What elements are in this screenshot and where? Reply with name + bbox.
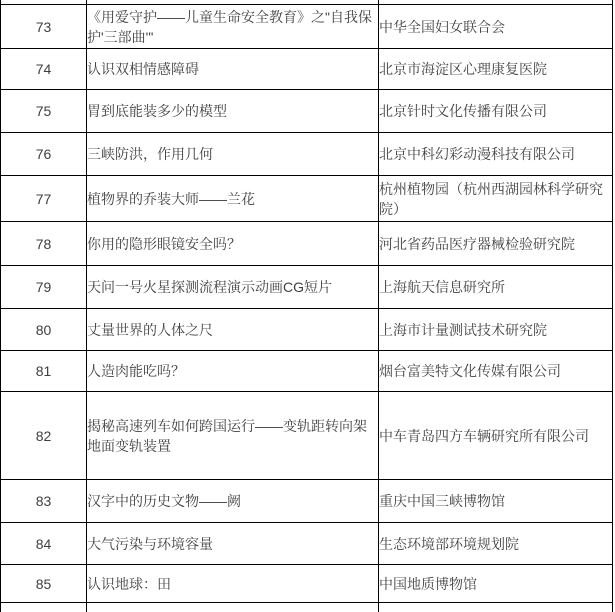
table-row: 74 认识双相情感障碍 北京市海淀区心理康复医院 xyxy=(1,49,613,90)
organization-cell: 北京中科幻彩动漫科技有限公司 xyxy=(379,133,613,176)
empty-cell xyxy=(87,603,379,612)
organization-cell: 中国地质博物馆 xyxy=(379,565,613,603)
row-number-cell: 82 xyxy=(1,392,87,480)
organization-cell: 上海航天信息研究所 xyxy=(379,266,613,309)
title-cell: 丈量世界的人体之尺 xyxy=(87,309,379,351)
row-number-cell: 75 xyxy=(1,90,87,133)
title-cell: 天问一号火星探测流程演示动画CG短片 xyxy=(87,266,379,309)
table-row: 75 胃到底能装多少的模型 北京针时文化传播有限公司 xyxy=(1,90,613,133)
title-cell: 植物界的乔装大师——兰花 xyxy=(87,176,379,222)
title-cell: 认识双相情感障碍 xyxy=(87,49,379,90)
table-row: 78 你用的隐形眼镜安全吗？ 河北省药品医疗器械检验研究院 xyxy=(1,222,613,266)
organization-cell: 生态环境部环境规划院 xyxy=(379,523,613,565)
title-cell: 大气污染与环境容量 xyxy=(87,523,379,565)
row-number-cell: 79 xyxy=(1,266,87,309)
table-row: 73 《用爱守护——儿童生命安全教育》之"自我保护'三部曲'" 中华全国妇女联合… xyxy=(1,5,613,49)
title-cell: 你用的隐形眼镜安全吗？ xyxy=(87,222,379,266)
empty-cell xyxy=(379,603,613,612)
table-row: 76 三峡防洪，作用几何 北京中科幻彩动漫科技有限公司 xyxy=(1,133,613,176)
table-row: 77 植物界的乔装大师——兰花 杭州植物园（杭州西湖园林科学研究院） xyxy=(1,176,613,222)
title-cell: 人造肉能吃吗？ xyxy=(87,351,379,392)
partial-row-bottom xyxy=(1,603,613,612)
table-row: 85 认识地球：田 中国地质博物馆 xyxy=(1,565,613,603)
table-row: 80 丈量世界的人体之尺 上海市计量测试技术研究院 xyxy=(1,309,613,351)
row-number-cell: 83 xyxy=(1,480,87,523)
table-row: 81 人造肉能吃吗？ 烟台富美特文化传媒有限公司 xyxy=(1,351,613,392)
awards-table: 73 《用爱守护——儿童生命安全教育》之"自我保护'三部曲'" 中华全国妇女联合… xyxy=(0,0,613,612)
row-number-cell: 77 xyxy=(1,176,87,222)
organization-cell: 北京针时文化传播有限公司 xyxy=(379,90,613,133)
row-number-cell: 74 xyxy=(1,49,87,90)
row-number-cell: 80 xyxy=(1,309,87,351)
table-row: 79 天问一号火星探测流程演示动画CG短片 上海航天信息研究所 xyxy=(1,266,613,309)
title-cell: 胃到底能装多少的模型 xyxy=(87,90,379,133)
row-number-cell: 76 xyxy=(1,133,87,176)
row-number-cell: 81 xyxy=(1,351,87,392)
title-cell: 三峡防洪，作用几何 xyxy=(87,133,379,176)
organization-cell: 中华全国妇女联合会 xyxy=(379,5,613,49)
organization-cell: 杭州植物园（杭州西湖园林科学研究院） xyxy=(379,176,613,222)
organization-cell: 北京市海淀区心理康复医院 xyxy=(379,49,613,90)
organization-cell: 重庆中国三峡博物馆 xyxy=(379,480,613,523)
document-page: 73 《用爱守护——儿童生命安全教育》之"自我保护'三部曲'" 中华全国妇女联合… xyxy=(0,0,615,612)
row-number-cell: 84 xyxy=(1,523,87,565)
table-row: 82 揭秘高速列车如何跨国运行——变轨距转向架地面变轨装置 中车青岛四方车辆研究… xyxy=(1,392,613,480)
organization-cell: 中车青岛四方车辆研究所有限公司 xyxy=(379,392,613,480)
title-cell: 揭秘高速列车如何跨国运行——变轨距转向架地面变轨装置 xyxy=(87,392,379,480)
row-number-cell: 85 xyxy=(1,565,87,603)
organization-cell: 河北省药品医疗器械检验研究院 xyxy=(379,222,613,266)
title-cell: 认识地球：田 xyxy=(87,565,379,603)
table-row: 83 汉字中的历史文物——阙 重庆中国三峡博物馆 xyxy=(1,480,613,523)
row-number-cell: 73 xyxy=(1,5,87,49)
title-cell: 汉字中的历史文物——阙 xyxy=(87,480,379,523)
empty-cell xyxy=(1,603,87,612)
title-cell: 《用爱守护——儿童生命安全教育》之"自我保护'三部曲'" xyxy=(87,5,379,49)
organization-cell: 烟台富美特文化传媒有限公司 xyxy=(379,351,613,392)
organization-cell: 上海市计量测试技术研究院 xyxy=(379,309,613,351)
table-body: 73 《用爱守护——儿童生命安全教育》之"自我保护'三部曲'" 中华全国妇女联合… xyxy=(1,0,613,612)
row-number-cell: 78 xyxy=(1,222,87,266)
table-row: 84 大气污染与环境容量 生态环境部环境规划院 xyxy=(1,523,613,565)
